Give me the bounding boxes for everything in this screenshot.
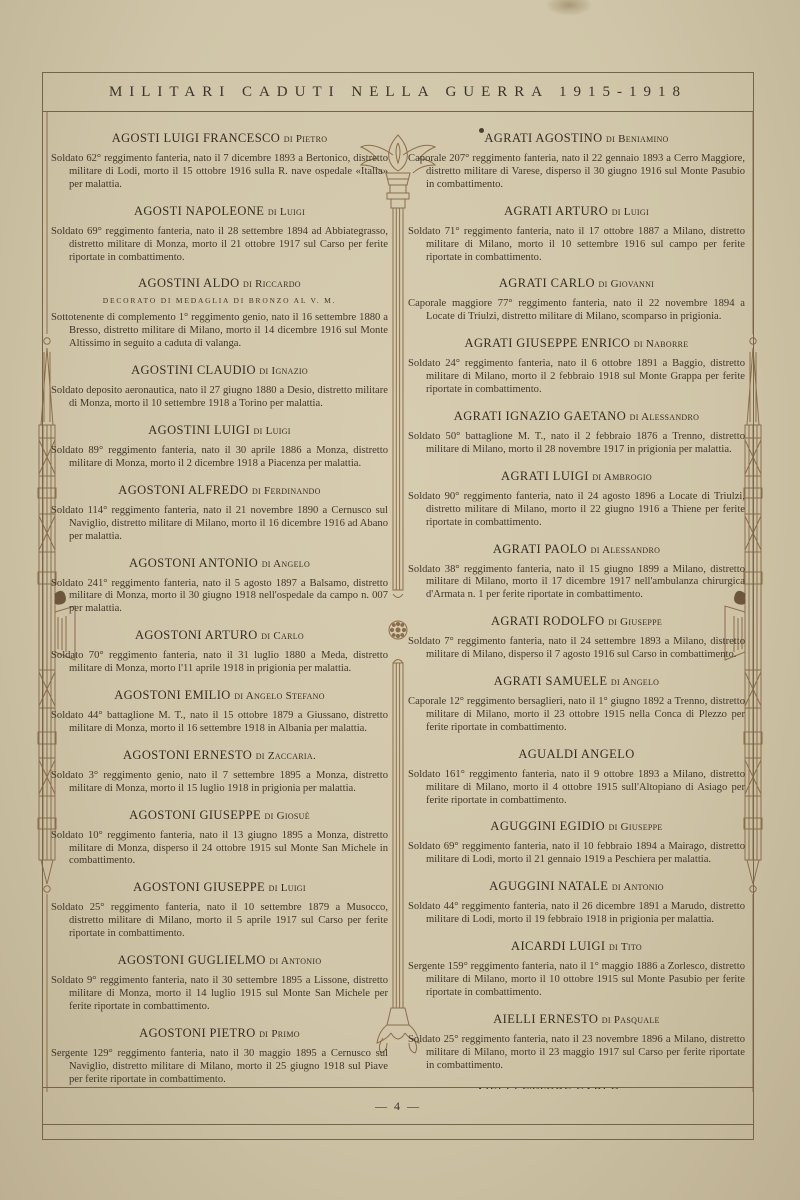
soldier-name: AGOSTONI ARTURO di Carlo (51, 628, 388, 643)
soldier-name: AGOSTONI EMILIO di Angelo Stefano (51, 688, 388, 703)
soldier-record: Soldato 24° reggimento fanteria, nato il… (408, 358, 745, 397)
footer-band: — 4 — (43, 1087, 753, 1125)
header-band: MILITARI CADUTI NELLA GUERRA 1915-1918 (43, 73, 753, 112)
soldier-entry: AGOSTONI EMILIO di Angelo Stefano Soldat… (51, 688, 388, 736)
page-frame: MILITARI CADUTI NELLA GUERRA 1915-1918 (42, 72, 754, 1140)
soldier-name: AGUALDI ANGELO (408, 747, 745, 762)
soldier-entry: AGUGGINI EGIDIO di Giuseppe Soldato 69° … (408, 819, 745, 867)
soldier-name: AGRATI ARTURO di Luigi (408, 204, 745, 219)
soldier-name: AGOSTONI GUGLIELMO di Antonio (51, 953, 388, 968)
soldier-name: AGUGGINI EGIDIO di Giuseppe (408, 819, 745, 834)
soldier-entry: AIELLI ERNESTO di Pasquale Soldato 25° r… (408, 1012, 745, 1073)
soldier-entry: AGOSTONI ANTONIO di Angelo Soldato 241° … (51, 556, 388, 617)
soldier-record: Soldato 89° reggimento fanteria, nato il… (51, 445, 388, 471)
soldier-record: Soldato 241° reggimento fanteria, nato i… (51, 578, 388, 617)
soldier-record: Soldato 9° reggimento fanteria, nato il … (51, 975, 388, 1014)
soldier-entry: AGOSTONI PIETRO di Primo Sergente 129° r… (51, 1026, 388, 1087)
soldier-name: AGOSTI LUIGI FRANCESCO di Pietro (51, 131, 388, 146)
soldier-record: Soldato 71° reggimento fanteria, nato il… (408, 226, 745, 265)
soldier-record: Soldato 50° battaglione M. T., nato il 2… (408, 431, 745, 457)
soldier-record: Caporale maggiore 77° reggimento fanteri… (408, 298, 745, 324)
soldier-record: Soldato 44° battaglione M. T., nato il 1… (51, 710, 388, 736)
soldier-record: Sottotenente di complemento 1° reggiment… (51, 312, 388, 351)
soldier-record: Soldato 69° reggimento fanteria, nato il… (408, 841, 745, 867)
soldier-name: AGOSTONI ALFREDO di Ferdinando (51, 483, 388, 498)
soldier-entry: AGOSTI LUIGI FRANCESCO di Pietro Soldato… (51, 131, 388, 192)
soldier-entry: AGRATI ARTURO di Luigi Soldato 71° reggi… (408, 204, 745, 265)
soldier-name: AGRATI GIUSEPPE ENRICO di Naborre (408, 336, 745, 351)
soldier-entry: AGRATI CARLO di Giovanni Caporale maggio… (408, 276, 745, 324)
soldier-record: Soldato 161° reggimento fanteria, nato i… (408, 769, 745, 808)
soldier-entry: AGOSTI NAPOLEONE di Luigi Soldato 69° re… (51, 204, 388, 265)
soldier-name: AGRATI AGOSTINO di Beniamino (408, 131, 745, 146)
soldier-record: Soldato 38° reggimento fanteria, nato il… (408, 564, 745, 603)
soldier-entry: AICARDI LUIGI di Tito Sergente 159° regg… (408, 939, 745, 1000)
entries-area: AGOSTI LUIGI FRANCESCO di Pietro Soldato… (43, 111, 753, 1089)
soldier-honor: DECORATO DI MEDAGLIA DI BRONZO AL V. M. (51, 296, 388, 305)
soldier-entry: AGUALDI ANGELO Soldato 161° reggimento f… (408, 747, 745, 808)
soldier-name: AGOSTONI ERNESTO di Zaccaria. (51, 748, 388, 763)
soldier-record: Soldato 44° reggimento fanteria, nato il… (408, 901, 745, 927)
right-column: AGRATI AGOSTINO di Beniamino Caporale 20… (408, 131, 745, 1089)
soldier-record: Soldato 3° reggimento genio, nato il 7 s… (51, 770, 388, 796)
soldier-name: AGUGGINI NATALE di Antonio (408, 879, 745, 894)
left-column: AGOSTI LUIGI FRANCESCO di Pietro Soldato… (51, 131, 388, 1089)
scanned-page: MILITARI CADUTI NELLA GUERRA 1915-1918 (0, 0, 800, 1200)
soldier-name: AGRATI LUIGI di Ambrogio (408, 469, 745, 484)
soldier-name: AGOSTONI ANTONIO di Angelo (51, 556, 388, 571)
soldier-record: Sergente 129° reggimento fanteria, nato … (51, 1048, 388, 1087)
soldier-name: AGOSTINI ALDO di Riccardo (51, 276, 388, 291)
soldier-name: AGRATI RODOLFO di Giuseppe (408, 614, 745, 629)
soldier-name: AGOSTI NAPOLEONE di Luigi (51, 204, 388, 219)
soldier-record: Soldato 25° reggimento fanteria, nato il… (51, 902, 388, 941)
soldier-entry: AGUGGINI NATALE di Antonio Soldato 44° r… (408, 879, 745, 927)
soldier-record: Soldato 69° reggimento fanteria, nato il… (51, 226, 388, 265)
soldier-name: AGRATI IGNAZIO GAETANO di Alessandro (408, 409, 745, 424)
soldier-entry: AGOSTINI ALDO di Riccardo DECORATO DI ME… (51, 276, 388, 351)
page-title: MILITARI CADUTI NELLA GUERRA 1915-1918 (43, 73, 753, 111)
soldier-record: Sergente 159° reggimento fanteria, nato … (408, 961, 745, 1000)
soldier-name: AGOSTONI GIUSEPPE di Luigi (51, 880, 388, 895)
page-number: — 4 — (375, 1099, 421, 1114)
soldier-record: Soldato 10° reggimento fanteria, nato il… (51, 830, 388, 869)
soldier-record: Soldato 7° reggimento fanteria, nato il … (408, 636, 745, 662)
soldier-record: Caporale 12° reggimento bersaglieri, nat… (408, 696, 745, 735)
soldier-name: AICARDI LUIGI di Tito (408, 939, 745, 954)
soldier-entry: AGRATI LUIGI di Ambrogio Soldato 90° reg… (408, 469, 745, 530)
soldier-entry: AGOSTONI ALFREDO di Ferdinando Soldato 1… (51, 483, 388, 544)
soldier-entry: AGOSTONI ERNESTO di Zaccaria. Soldato 3°… (51, 748, 388, 796)
soldier-record: Soldato 62° reggimento fanteria, nato il… (51, 153, 388, 192)
soldier-name: AGOSTINI LUIGI di Luigi (51, 423, 388, 438)
soldier-entry: AGRATI AGOSTINO di Beniamino Caporale 20… (408, 131, 745, 192)
soldier-entry: AGRATI RODOLFO di Giuseppe Soldato 7° re… (408, 614, 745, 662)
soldier-record: Soldato 25° reggimento fanteria, nato il… (408, 1034, 745, 1073)
soldier-name: AGRATI SAMUELE di Angelo (408, 674, 745, 689)
soldier-entry: AGOSTONI GIUSEPPE di Luigi Soldato 25° r… (51, 880, 388, 941)
soldier-record: Soldato 114° reggimento fanteria, nato i… (51, 505, 388, 544)
soldier-entry: AGOSTINI CLAUDIO di Ignazio Soldato depo… (51, 363, 388, 411)
soldier-record: Soldato 90° reggimento fanteria, nato il… (408, 491, 745, 530)
soldier-entry: AGRATI PAOLO di Alessandro Soldato 38° r… (408, 542, 745, 603)
soldier-name: AGOSTINI CLAUDIO di Ignazio (51, 363, 388, 378)
soldier-name: AGOSTONI GIUSEPPE di Giosuè (51, 808, 388, 823)
soldier-record: Soldato deposito aeronautica, nato il 27… (51, 385, 388, 411)
soldier-entry: AGOSTONI GUGLIELMO di Antonio Soldato 9°… (51, 953, 388, 1014)
soldier-record: Caporale 207° reggimento fanteria, nato … (408, 153, 745, 192)
soldier-record: Soldato 70° reggimento fanteria, nato il… (51, 650, 388, 676)
paper-stain (545, 0, 593, 16)
soldier-entry: AGOSTONI GIUSEPPE di Giosuè Soldato 10° … (51, 808, 388, 869)
soldier-entry: AGOSTINI LUIGI di Luigi Soldato 89° regg… (51, 423, 388, 471)
soldier-entry: AGOSTONI ARTURO di Carlo Soldato 70° reg… (51, 628, 388, 676)
soldier-name: AGRATI CARLO di Giovanni (408, 276, 745, 291)
soldier-name: AIELLI ERNESTO di Pasquale (408, 1012, 745, 1027)
soldier-entry: AGRATI GIUSEPPE ENRICO di Naborre Soldat… (408, 336, 745, 397)
soldier-entry: AGRATI SAMUELE di Angelo Caporale 12° re… (408, 674, 745, 735)
soldier-name: AGOSTONI PIETRO di Primo (51, 1026, 388, 1041)
soldier-entry: AGRATI IGNAZIO GAETANO di Alessandro Sol… (408, 409, 745, 457)
soldier-name: AGRATI PAOLO di Alessandro (408, 542, 745, 557)
